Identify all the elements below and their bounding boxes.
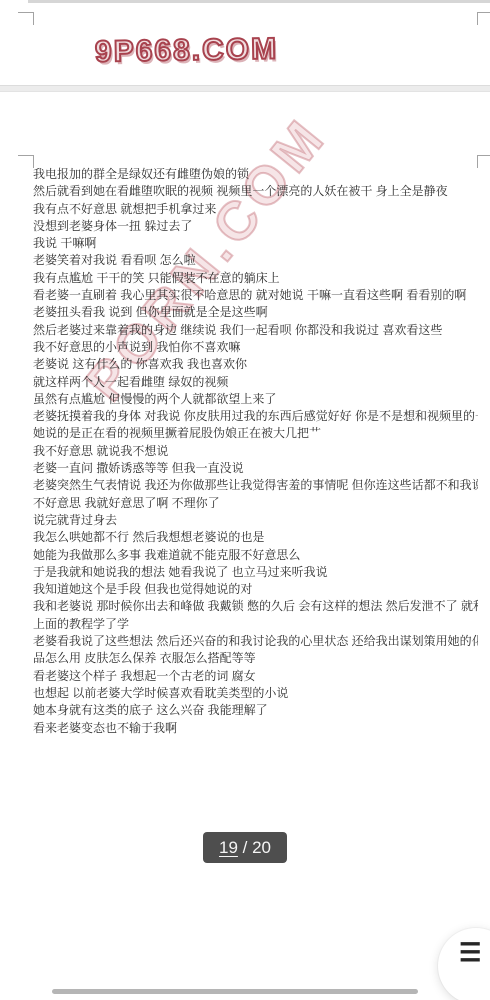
page-divider [0,85,490,92]
site-logo: 9P668.COM [95,32,279,69]
story-text-line: 老婆一直问 撒娇诱惑等等 但我一直没说 [33,460,478,477]
page-separator: / [238,838,252,858]
story-text-line: 我说 干嘛啊 [33,235,478,252]
story-text-line: 就这样两个人一起看雌堕 绿奴的视频 [33,374,478,391]
corner-mark-top-left [18,12,34,25]
total-page-count: 20 [252,838,271,858]
story-text-line: 看来老婆变态也不输于我啊 [33,720,478,737]
corner-mark-mid-right [477,155,490,168]
story-text-line: 然后老婆过来靠着我的身边 继续说 我们一起看呗 你都没和我说过 喜欢看这些 [33,322,478,339]
scroll-progress-bar[interactable] [52,989,418,994]
story-text-line: 虽然有点尴尬 但慢慢的两个人就都欲望上来了 [33,391,478,408]
story-text: 我电报加的群全是绿奴还有雌堕伪娘的锁然后就看到她在看雌堕吹眠的视频 视频里一个漂… [33,166,478,737]
story-text-line: 老婆看我说了这些想法 然后还兴奋的和我讨论我的心里状态 还给我出谋划策用她的化妆 [33,633,478,650]
story-text-line: 也想起 以前老婆大学时候喜欢看耽美类型的小说 [33,685,478,702]
story-text-line: 老婆说 这有什么的 你喜欢我 我也喜欢你 [33,356,478,373]
story-text-line: 老婆突然生气表情说 我还为你做那些让我觉得害羞的事情呢 但你连这些话都不和我说 … [33,477,478,494]
story-text-line: 看老婆一直刷着 我心里其实很不哈意思的 就对她说 干嘛一直看这些啊 看看别的啊 [33,287,478,304]
story-text-line: 她本身就有这类的底子 这么兴奋 我能理解了 [33,702,478,719]
story-text-line: 没想到老婆身体一扭 躲过去了 [33,218,478,235]
story-text-line: 我有点尴尬 干干的笑 只能假装不在意的躺床上 [33,270,478,287]
story-text-line: 老婆笑着对我说 看看呗 怎么啦 [33,252,478,269]
story-text-line: 看老婆这个样子 我想起一个古老的词 腐女 [33,668,478,685]
story-text-line: 品怎么用 皮肤怎么保养 衣服怎么搭配等等 [33,650,478,667]
story-text-line: 不好意思 我就好意思了啊 不理你了 [33,495,478,512]
story-text-line: 她能为我做那么多事 我难道就不能克服不好意思么 [33,547,478,564]
story-text-line: 我知道她这个是手段 但我也觉得她说的对 [33,581,478,598]
story-text-line: 于是我就和她说我的想法 她看我说了 也立马过来听我说 [33,564,478,581]
current-page-number: 19 [219,838,238,858]
story-text-line: 我和老婆说 那时候你出去和峰做 我戴锁 憋的久后 会有这样的想法 然后发泄不了 … [33,598,478,615]
corner-mark-mid-left [18,155,34,168]
story-text-line: 说完就背过身去 [33,512,478,529]
page-indicator[interactable]: 19 / 20 [203,832,287,863]
story-text-line: 她说的是正在看的视频里撅着屁股伪娘正在被大几把艹 [33,425,478,442]
hamburger-icon: ☰ [459,941,481,966]
story-text-line: 我电报加的群全是绿奴还有雌堕伪娘的锁 [33,166,478,183]
story-text-line: 我有点不好意思 就想把手机拿过来 [33,201,478,218]
story-text-line: 然后就看到她在看雌堕吹眠的视频 视频里一个漂亮的人妖在被干 身上全是静夜 [33,183,478,200]
story-text-line: 我怎么哄她都不行 然后我想想老婆说的也是 [33,529,478,546]
corner-mark-top-right [477,12,490,25]
story-text-line: 上面的教程学了学 [33,616,478,633]
story-text-line: 我不好意思的小声说到 我怕你不喜欢嘛 [33,339,478,356]
reader-page: 9P668.COM PORN.COM 我电报加的群全是绿奴还有雌堕伪娘的锁然后就… [0,0,490,1000]
story-text-line: 老婆扭头看我 说到 但你里面就是全是这些啊 [33,304,478,321]
story-text-line: 我不好意思 就说我不想说 [33,443,478,460]
story-text-line: 老婆抚摸着我的身体 对我说 你皮肤用过我的东西后感觉好好 你是不是想和视频里的一… [33,408,478,425]
previous-page-edge [28,0,490,3]
menu-button[interactable]: ☰ [438,928,490,1000]
